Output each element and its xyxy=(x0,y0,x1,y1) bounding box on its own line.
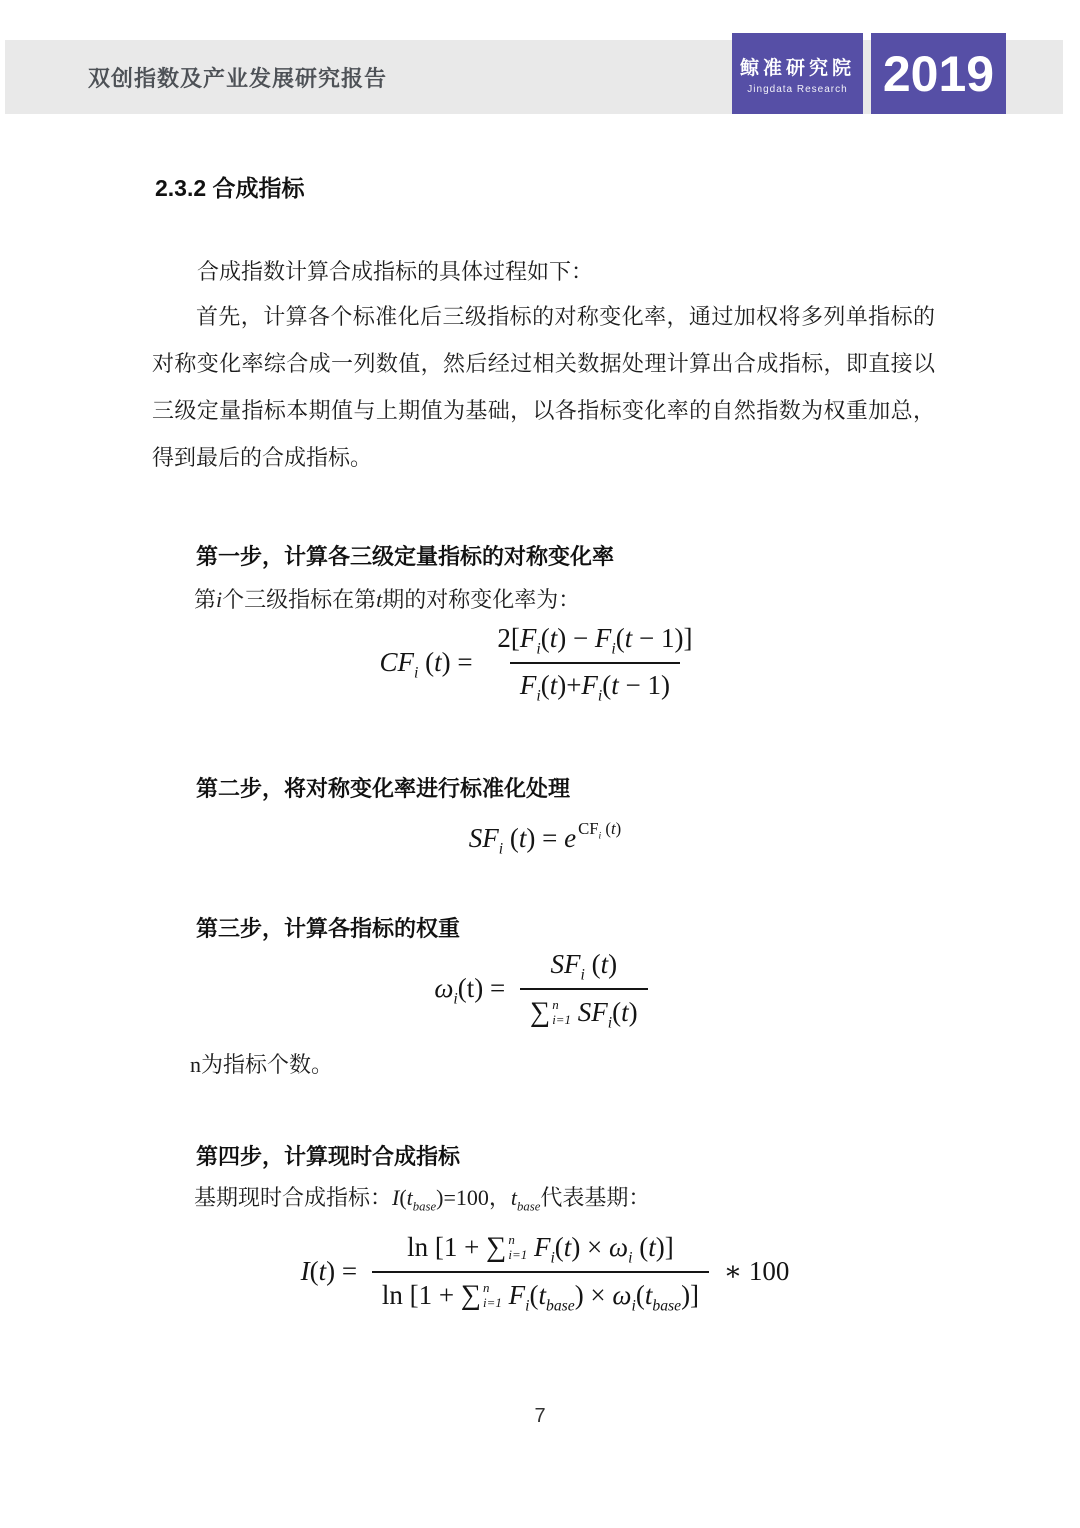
year-badge: 2019 xyxy=(871,33,1006,114)
step4-intro: 基期现时合成指标：I(tbase)=100，tbase代表基期： xyxy=(194,1184,650,1213)
step2-heading: 第二步，将对称变化率进行标准化处理 xyxy=(196,772,570,803)
formula-sf-exponent: CFi (t) xyxy=(578,819,621,841)
formula-omega-denominator: ∑ni=1 SFi(t) xyxy=(520,988,648,1031)
intro-paragraph: 首先，计算各个标准化后三级指标的对称变化率，通过加权将多列单指标的对称变化率综合… xyxy=(152,293,935,481)
step4-heading: 第四步，计算现时合成指标 xyxy=(196,1140,460,1171)
formula-weight: ωi(t) = SFi (t) ∑ni=1 SFi(t) xyxy=(155,948,935,1031)
report-title: 双创指数及产业发展研究报告 xyxy=(5,62,387,93)
brand-name-cn: 鲸准研究院 xyxy=(740,53,855,80)
formula-standardized: SFi (t) = e CFi (t) xyxy=(155,822,935,857)
formula-index-numerator: ln [1 + ∑ni=1 Fi(t) × ωi (t)] xyxy=(397,1230,684,1271)
note-n-count: n为指标个数。 xyxy=(190,1048,333,1079)
page-number: 7 xyxy=(0,1405,1080,1428)
intro-lead: 合成指数计算合成指标的具体过程如下： xyxy=(197,255,593,286)
formula-index-denominator: ln [1 + ∑ni=1 Fi(tbase) × ωi(tbase)] xyxy=(372,1271,709,1314)
year-label: 2019 xyxy=(883,45,994,103)
brand-logo-box: 鲸准研究院 Jingdata Research xyxy=(732,33,863,114)
step1-intro: 第i个三级指标在第t期的对称变化率为： xyxy=(194,586,580,614)
step3-heading: 第三步，计算各指标的权重 xyxy=(196,912,460,943)
step1-heading: 第一步，计算各三级定量指标的对称变化率 xyxy=(196,540,614,571)
formula-cf-fraction: 2[Fi(t) − Fi(t − 1)] Fi(t)+Fi(t − 1) xyxy=(487,622,702,704)
formula-omega-numerator: SFi (t) xyxy=(541,948,628,988)
formula-index-lhs: I(t) = xyxy=(301,1255,364,1289)
section-title: 2.3.2 合成指标 xyxy=(155,170,305,203)
formula-cf-numerator: 2[Fi(t) − Fi(t − 1)] xyxy=(487,622,702,662)
formula-cf-denominator: Fi(t)+Fi(t − 1) xyxy=(510,662,680,704)
formula-omega-fraction: SFi (t) ∑ni=1 SFi(t) xyxy=(520,948,648,1031)
brand-name-en: Jingdata Research xyxy=(747,84,847,95)
formula-symmetric-change-rate: CFi (t) = 2[Fi(t) − Fi(t − 1)] Fi(t)+Fi(… xyxy=(155,622,935,704)
formula-index-tail: ∗ 100 xyxy=(717,1255,789,1289)
formula-sf-base: SFi (t) = e xyxy=(469,822,576,857)
formula-omega-lhs: ωi(t) = xyxy=(434,972,512,1007)
document-page: 双创指数及产业发展研究报告 鲸准研究院 Jingdata Research 20… xyxy=(0,0,1080,1528)
formula-composite-index: I(t) = ln [1 + ∑ni=1 Fi(t) × ωi (t)] ln … xyxy=(155,1230,935,1314)
formula-cf-lhs: CFi (t) = xyxy=(379,646,479,681)
formula-index-fraction: ln [1 + ∑ni=1 Fi(t) × ωi (t)] ln [1 + ∑n… xyxy=(372,1230,709,1314)
